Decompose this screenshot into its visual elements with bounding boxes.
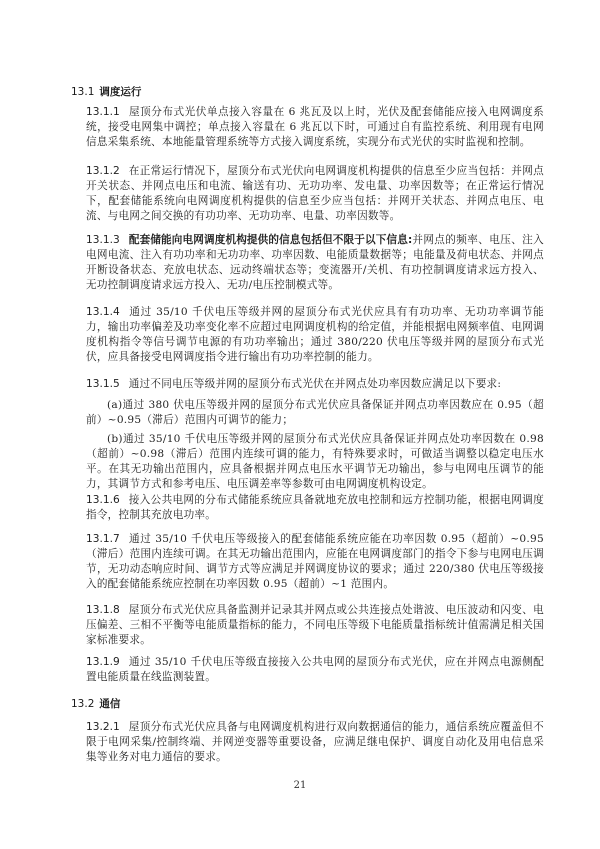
clause-text: 在正常运行情况下，屋顶分布式光伏向电网调度机构提供的信息至少应当包括：并网点开关… [86,165,544,222]
page-number: 21 [0,780,600,791]
section-title: 通信 [99,698,120,710]
clause-number: 13.1.8 [86,604,120,616]
clause-number: 13.1.1 [86,106,120,118]
clause-number: 13.2.1 [86,721,120,733]
section-title: 调度运行 [99,86,141,98]
clause-number: 13.1.6 [86,494,120,506]
clause-text: 屋顶分布式光伏单点接入容量在 6 兆瓦及以上时，光伏及配套储能应接入电网调度系统… [86,106,544,148]
clause-text: 接入公共电网的分布式储能系统应具备就地充放电控制和远方控制功能，根据电网调度指令… [86,494,544,521]
clause-13-1-5: 13.1.5通过不同电压等级并网的屋顶分布式光伏在并网点处功率因数应满足以下要求… [86,377,544,392]
clause-text: 屋顶分布式光伏应具备监测并记录其并网点或公共连接点处谐波、电压波动和闪变、电压偏… [86,604,544,646]
item-label: (b) [107,433,123,445]
item-text: 通过 35/10 千伏电压等级并网的屋顶分布式光伏应具备保证并网点处功率因数在 … [86,433,544,490]
clause-number: 13.1.3 [86,234,120,246]
clause-text: 通过不同电压等级并网的屋顶分布式光伏在并网点处功率因数应满足以下要求: [129,378,502,390]
clause-13-1-4: 13.1.4通过 35/10 千伏电压等级并网的屋顶分布式光伏应具有有功功率、无… [86,305,544,365]
clause-text: 通过 35/10 千伏电压等级并网的屋顶分布式光伏应具有有功功率、无功功率调节能… [86,306,544,363]
clause-13-1-8: 13.1.8屋顶分布式光伏应具备监测并记录其并网点或公共连接点处谐波、电压波动和… [86,603,544,648]
clause-number: 13.1.2 [86,165,120,177]
clause-number: 13.1.7 [86,533,120,545]
clause-text: 通过 35/10 千伏电压等级直接接入公共电网的屋顶分布式光伏，应在并网点电源侧… [86,656,544,683]
clause-13-2-1: 13.2.1屋顶分布式光伏应具备与电网调度机构进行双向数据通信的能力，通信系统应… [86,720,544,765]
clause-text: 屋顶分布式光伏应具备与电网调度机构进行双向数据通信的能力，通信系统应覆盖但不限于… [86,721,544,763]
clause-number: 13.1.5 [86,378,120,390]
clause-number: 13.1.9 [86,656,120,668]
clause-13-1-3: 13.1.3配套储能向电网调度机构提供的信息包括但不限于以下信息:并网点的频率、… [86,233,544,293]
document-page: 13.1 调度运行 13.1.1屋顶分布式光伏单点接入容量在 6 兆瓦及以上时，… [0,0,600,849]
item-label: (a) [107,399,122,411]
item-text: 通过 380 伏电压等级并网的屋顶分布式光伏应具备保证并网点功率因数应在 0.9… [86,399,544,426]
clause-13-1-2: 13.1.2在正常运行情况下，屋顶分布式光伏向电网调度机构提供的信息至少应当包括… [86,164,544,224]
clause-13-1-9: 13.1.9通过 35/10 千伏电压等级直接接入公共电网的屋顶分布式光伏，应在… [86,655,544,685]
section-number: 13.2 [71,697,96,712]
clause-13-1-6: 13.1.6接入公共电网的分布式储能系统应具备就地充放电控制和远方控制功能，根据… [86,493,544,523]
clause-bold-lead: 配套储能向电网调度机构提供的信息包括但不限于以下信息: [129,234,412,246]
clause-13-1-7: 13.1.7通过 35/10 千伏电压等级接入的配套储能系统应能在功率因数 0.… [86,532,544,592]
clause-number: 13.1.4 [86,306,120,318]
clause-text: 通过 35/10 千伏电压等级接入的配套储能系统应能在功率因数 0.95（超前）… [86,533,544,590]
clause-13-1-5-item-a: (a)通过 380 伏电压等级并网的屋顶分布式光伏应具备保证并网点功率因数应在 … [86,398,544,428]
section-heading-13-2: 13.2 通信 [71,697,120,712]
clause-13-1-1: 13.1.1屋顶分布式光伏单点接入容量在 6 兆瓦及以上时，光伏及配套储能应接入… [86,105,544,150]
section-number: 13.1 [71,85,96,100]
clause-13-1-5-item-b: (b)通过 35/10 千伏电压等级并网的屋顶分布式光伏应具备保证并网点处功率因… [86,432,544,492]
section-heading-13-1: 13.1 调度运行 [71,85,141,100]
